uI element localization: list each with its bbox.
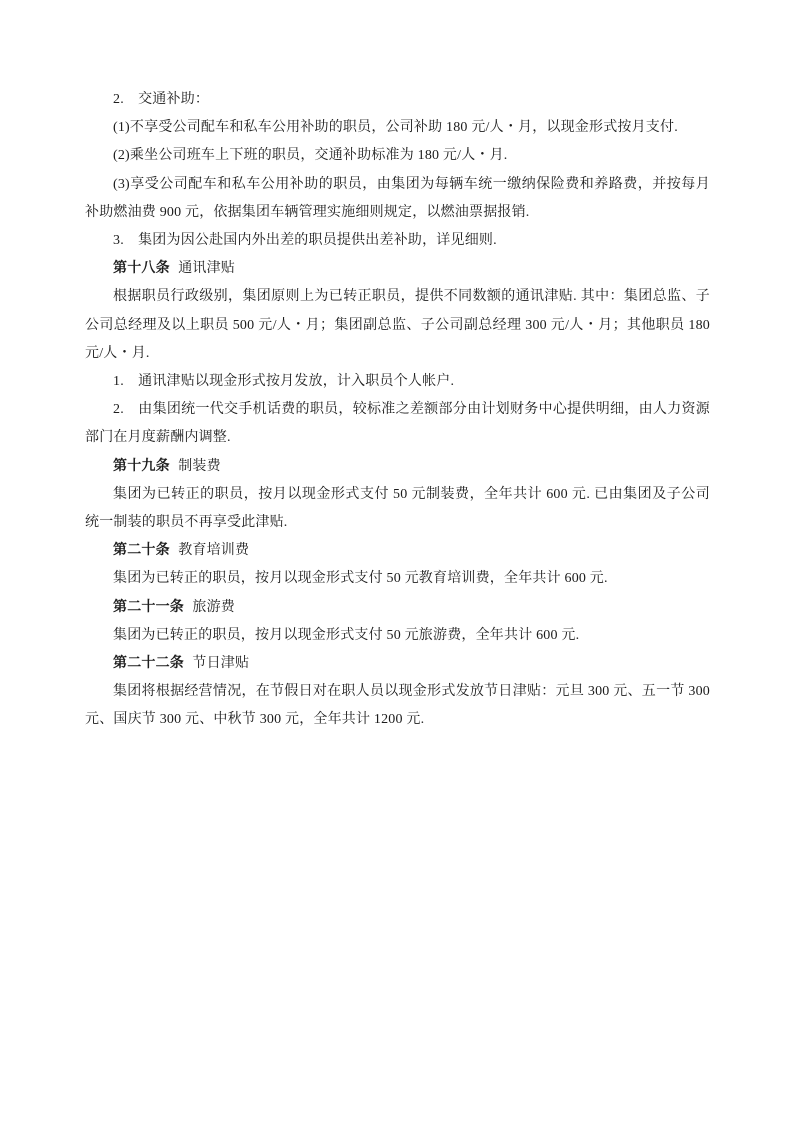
article-number: 第十八条 [113,261,170,276]
document-page: { "page": { "background_color": "#ffffff… [0,0,793,1122]
article-number: 第二十一条 [113,600,184,615]
paragraph-transport-subsidy-title: 2. 交通补助： [85,86,710,114]
paragraph-holiday-allowance: 集团将根据经营情况，在节假日对在职人员以现金形式发放节日津贴：元旦 300 元、… [85,678,710,734]
article-number: 第二十二条 [113,656,184,671]
paragraph-communication-allowance: 根据职员行政级别，集团原则上为已转正职员，提供不同数额的通讯津贴. 其中：集团总… [85,283,710,368]
article-title: 制装费 [178,459,221,474]
paragraph-communication-item-1: 1. 通讯津贴以现金形式按月发放，计入职员个人帐户. [85,368,710,396]
article-heading-20: 第二十条教育培训费 [85,537,710,565]
document-body: 2. 交通补助： (1)不享受公司配车和私车公用补助的职员，公司补助 180 元… [85,86,710,735]
article-title: 通讯津贴 [178,261,235,276]
paragraph-communication-item-2: 2. 由集团统一代交手机话费的职员，较标准之差额部分由计划财务中心提供明细，由人… [85,396,710,452]
paragraph-uniform-fee: 集团为已转正的职员，按月以现金形式支付 50 元制装费，全年共计 600 元. … [85,481,710,537]
article-heading-22: 第二十二条节日津贴 [85,650,710,678]
paragraph-tourism-fee: 集团为已转正的职员，按月以现金形式支付 50 元旅游费，全年共计 600 元. [85,622,710,650]
article-heading-19: 第十九条制装费 [85,453,710,481]
article-heading-18: 第十八条通讯津贴 [85,255,710,283]
article-number: 第十九条 [113,459,170,474]
article-title: 教育培训费 [178,543,249,558]
paragraph-education-fee: 集团为已转正的职员，按月以现金形式支付 50 元教育培训费，全年共计 600 元… [85,565,710,593]
article-title: 旅游费 [192,600,235,615]
paragraph-transport-item-2: (2)乘坐公司班车上下班的职员，交通补助标准为 180 元/人・月. [85,142,710,170]
paragraph-transport-item-3: (3)享受公司配车和私车公用补助的职员，由集团为每辆车统一缴纳保险费和养路费，并… [85,171,710,227]
paragraph-travel-subsidy: 3. 集团为因公赴国内外出差的职员提供出差补助，详见细则. [85,227,710,255]
article-title: 节日津贴 [192,656,249,671]
article-heading-21: 第二十一条旅游费 [85,594,710,622]
paragraph-transport-item-1: (1)不享受公司配车和私车公用补助的职员，公司补助 180 元/人・月，以现金形… [85,114,710,142]
article-number: 第二十条 [113,543,170,558]
